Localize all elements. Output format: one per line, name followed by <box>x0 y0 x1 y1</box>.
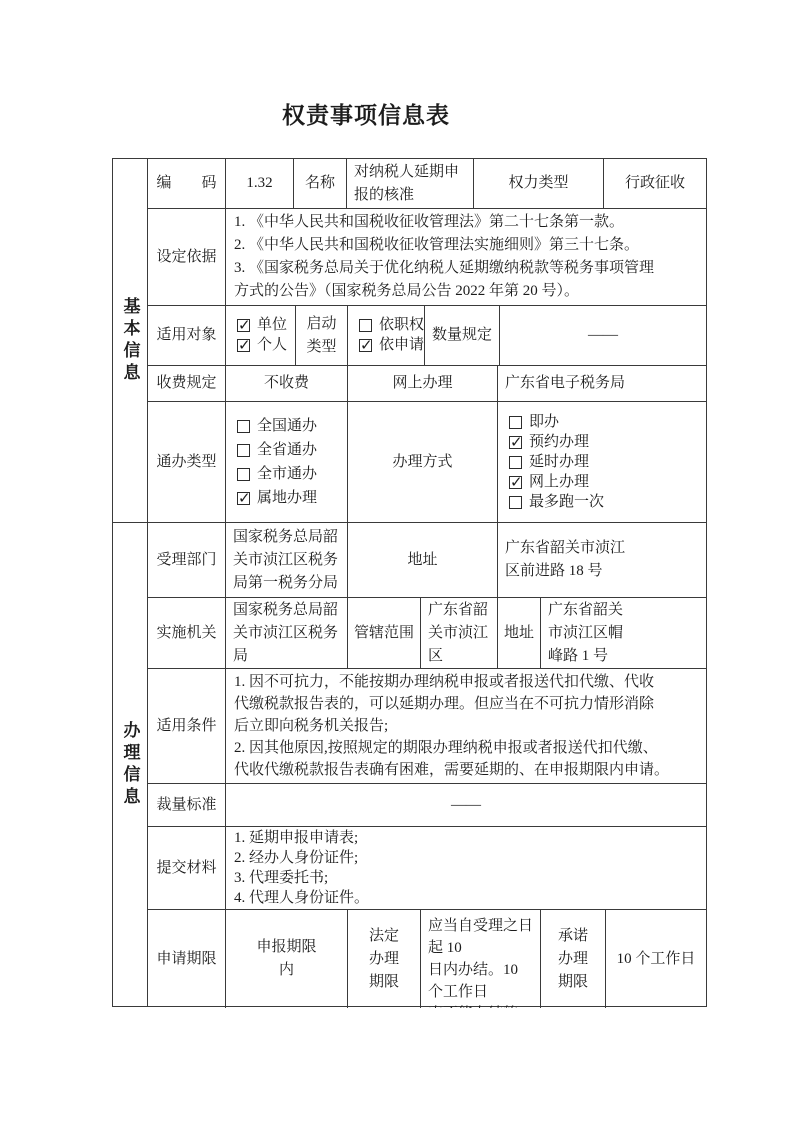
start-type-options: 依职权 依申请 <box>348 306 425 365</box>
legal-basis-line: 2. 《中华人民共和国税收征收管理法实施细则》第三十七条。 <box>234 234 698 257</box>
unchecked-checkbox-icon <box>237 420 250 433</box>
applicable-objects-label: 适用对象 <box>148 306 226 365</box>
fee-value: 不收费 <box>226 366 348 401</box>
option-local: 属地办理 <box>237 491 317 506</box>
option-label: 全市通办 <box>257 467 317 482</box>
promised-limit-label: 承诺 办理 期限 <box>541 910 606 1008</box>
conditions-text: 1. 因不可抗力，不能按期办理纳税申报或者报送代扣代缴、代收 代缴税款报告表的，… <box>226 669 706 783</box>
unchecked-checkbox-icon <box>509 416 522 429</box>
online-value: 广东省电子税务局 <box>498 366 706 401</box>
legal-basis-label: 设定依据 <box>148 209 226 305</box>
unchecked-checkbox-icon <box>509 456 522 469</box>
row-impl-org: 实施机关 国家税务总局韶 关市浈江区税务 局 管辖范围 广东省韶 关市浈江 区 … <box>148 598 706 669</box>
apply-period-label: 申请期限 <box>148 910 226 1008</box>
jurisdiction-value: 广东省韶 关市浈江 区 <box>421 598 498 668</box>
row-conditions: 适用条件 1. 因不可抗力，不能按期办理纳税申报或者报送代扣代缴、代收 代缴税款… <box>148 669 706 784</box>
conditions-line: 1. 因不可抗力，不能按期办理纳税申报或者报送代扣代缴、代收 <box>234 671 698 693</box>
section-basic-info: 基本信息 <box>113 159 147 523</box>
row-accept-dept: 受理部门 国家税务总局韶 关市浈江区税务 局第一税务分局 地址 广东省韶关市浈江… <box>148 523 706 598</box>
legal-basis-text: 1. 《中华人民共和国税收征收管理法》第二十七条第一款。 2. 《中华人民共和国… <box>226 209 706 305</box>
jurisdiction-label: 管辖范围 <box>348 598 421 668</box>
row-discretion: 裁量标准 —— <box>148 784 706 827</box>
conditions-line: 代缴税款报告表的，可以延期办理。但应当在不可抗力情形消除 <box>234 693 698 715</box>
section-handling-info: 办理信息 <box>113 523 147 1006</box>
option-immediate: 即办 <box>509 415 559 430</box>
method-options: 即办 预约办理 延时办理 网上办理 <box>498 402 706 522</box>
materials-item: 4. 代理人身份证件。 <box>234 888 698 908</box>
apply-period-value: 申报期限 内 <box>226 910 348 1008</box>
option-label: 全省通办 <box>257 443 317 458</box>
applicable-objects-options: 单位 个人 <box>226 306 296 365</box>
option-citywide: 全市通办 <box>237 467 317 482</box>
legal-basis-line: 方式的公告》（国家税务总局公告 2022 年第 20 号）。 <box>234 280 698 303</box>
option-label: 依申请 <box>379 338 424 353</box>
online-label: 网上办理 <box>348 366 498 401</box>
row-tongban-type: 通办类型 全国通办 全省通办 全市通办 <box>148 402 706 523</box>
option-by-application: 依申请 <box>359 338 424 353</box>
conditions-label: 适用条件 <box>148 669 226 783</box>
accept-dept-label: 受理部门 <box>148 523 226 597</box>
impl-org-value: 国家税务总局韶 关市浈江区税务 局 <box>226 598 348 668</box>
option-label: 网上办理 <box>529 475 589 490</box>
impl-address-value: 广东省韶关 市浈江区帽 峰路 1 号 <box>541 598 706 668</box>
tongban-label: 通办类型 <box>148 402 226 522</box>
fee-label: 收费规定 <box>148 366 226 401</box>
unchecked-checkbox-icon <box>237 468 250 481</box>
materials-item: 3. 代理委托书; <box>234 868 698 888</box>
tongban-options: 全国通办 全省通办 全市通办 属地办理 <box>226 402 348 522</box>
unchecked-checkbox-icon <box>359 319 372 332</box>
option-label: 全国通办 <box>257 419 317 434</box>
unchecked-checkbox-icon <box>237 444 250 457</box>
checked-checkbox-icon <box>359 339 372 352</box>
checked-checkbox-icon <box>237 492 250 505</box>
checked-checkbox-icon <box>237 319 250 332</box>
option-online: 网上办理 <box>509 475 589 490</box>
row-applicable-objects: 适用对象 单位 个人 启动 类型 依职权 <box>148 306 706 366</box>
discretion-value: —— <box>226 784 706 826</box>
option-label: 最多跑一次 <box>529 495 604 510</box>
materials-list: 1. 延期申报申请表; 2. 经办人身份证件; 3. 代理委托书; 4. 代理人… <box>226 827 706 909</box>
option-label: 即办 <box>529 415 559 430</box>
page-title: 权责事项信息表 <box>0 97 732 130</box>
accept-dept-value: 国家税务总局韶 关市浈江区税务 局第一税务分局 <box>226 523 348 597</box>
conditions-line: 2. 因其他原因,按照规定的期限办理纳税申报或者报送代扣代缴、 <box>234 737 698 759</box>
option-label: 依职权 <box>379 318 424 333</box>
name-label: 名称 <box>294 159 347 208</box>
conditions-line: 代收代缴税款报告表确有困难，需要延期的、在申报期限内申请。 <box>234 759 698 781</box>
row-materials: 提交材料 1. 延期申报申请表; 2. 经办人身份证件; 3. 代理委托书; 4… <box>148 827 706 910</box>
discretion-label: 裁量标准 <box>148 784 226 826</box>
code-value: 1.32 <box>226 159 294 208</box>
start-type-label: 启动 类型 <box>296 306 348 365</box>
document-page: 权责事项信息表 基本信息 办理信息 编 码 1.32 名称 对纳税人延期申 报的… <box>0 0 793 1122</box>
quantity-value: —— <box>500 306 706 365</box>
option-nationwide: 全国通办 <box>237 419 317 434</box>
option-label: 预约办理 <box>529 435 589 450</box>
code-label: 编 码 <box>148 159 226 208</box>
option-label: 属地办理 <box>257 491 317 506</box>
impl-org-label: 实施机关 <box>148 598 226 668</box>
statutory-limit-value: 10 个工作日,税务机关 应当自受理之日起 10 日内办结。10 个工作日 内不… <box>421 910 541 1008</box>
power-type-label: 权力类型 <box>474 159 604 208</box>
option-unit: 单位 <box>237 318 287 333</box>
materials-item: 2. 经办人身份证件; <box>234 848 698 868</box>
power-type-value: 行政征收 <box>604 159 706 208</box>
impl-address-label: 地址 <box>498 598 541 668</box>
option-label: 个人 <box>257 338 287 353</box>
option-individual: 个人 <box>237 338 287 353</box>
row-legal-basis: 设定依据 1. 《中华人民共和国税收征收管理法》第二十七条第一款。 2. 《中华… <box>148 209 706 306</box>
option-provincewide: 全省通办 <box>237 443 317 458</box>
option-one-visit: 最多跑一次 <box>509 495 604 510</box>
method-label: 办理方式 <box>348 402 498 522</box>
info-table: 基本信息 办理信息 编 码 1.32 名称 对纳税人延期申 报的核准 权力类型 … <box>112 158 707 1007</box>
option-appointment: 预约办理 <box>509 435 589 450</box>
accept-address-value: 广东省韶关市浈江 区前进路 18 号 <box>498 523 706 597</box>
legal-basis-line: 3. 《国家税务总局关于优化纳税人延期缴纳税款等税务事项管理 <box>234 257 698 280</box>
row-code-name-power: 编 码 1.32 名称 对纳税人延期申 报的核准 权力类型 行政征收 <box>148 159 706 209</box>
option-delayed: 延时办理 <box>509 455 589 470</box>
promised-limit-value: 10 个工作日 <box>606 910 706 1008</box>
legal-basis-line: 1. 《中华人民共和国税收征收管理法》第二十七条第一款。 <box>234 211 698 234</box>
checked-checkbox-icon <box>237 339 250 352</box>
statutory-limit-label: 法定 办理 期限 <box>348 910 421 1008</box>
row-fee: 收费规定 不收费 网上办理 广东省电子税务局 <box>148 366 706 402</box>
option-label: 单位 <box>257 318 287 333</box>
checked-checkbox-icon <box>509 476 522 489</box>
name-value: 对纳税人延期申 报的核准 <box>347 159 474 208</box>
conditions-line: 后立即向税务机关报告; <box>234 715 698 737</box>
materials-label: 提交材料 <box>148 827 226 909</box>
option-label: 延时办理 <box>529 455 589 470</box>
quantity-label: 数量规定 <box>425 306 500 365</box>
row-apply-period: 申请期限 申报期限 内 法定 办理 期限 10 个工作日,税务机关 应当自受理之… <box>148 910 706 1008</box>
unchecked-checkbox-icon <box>509 496 522 509</box>
checked-checkbox-icon <box>509 436 522 449</box>
table-body: 编 码 1.32 名称 对纳税人延期申 报的核准 权力类型 行政征收 设定依据 … <box>148 159 706 1006</box>
accept-address-label: 地址 <box>348 523 498 597</box>
section-column: 基本信息 办理信息 <box>113 159 148 1006</box>
option-by-authority: 依职权 <box>359 318 424 333</box>
materials-item: 1. 延期申报申请表; <box>234 828 698 848</box>
